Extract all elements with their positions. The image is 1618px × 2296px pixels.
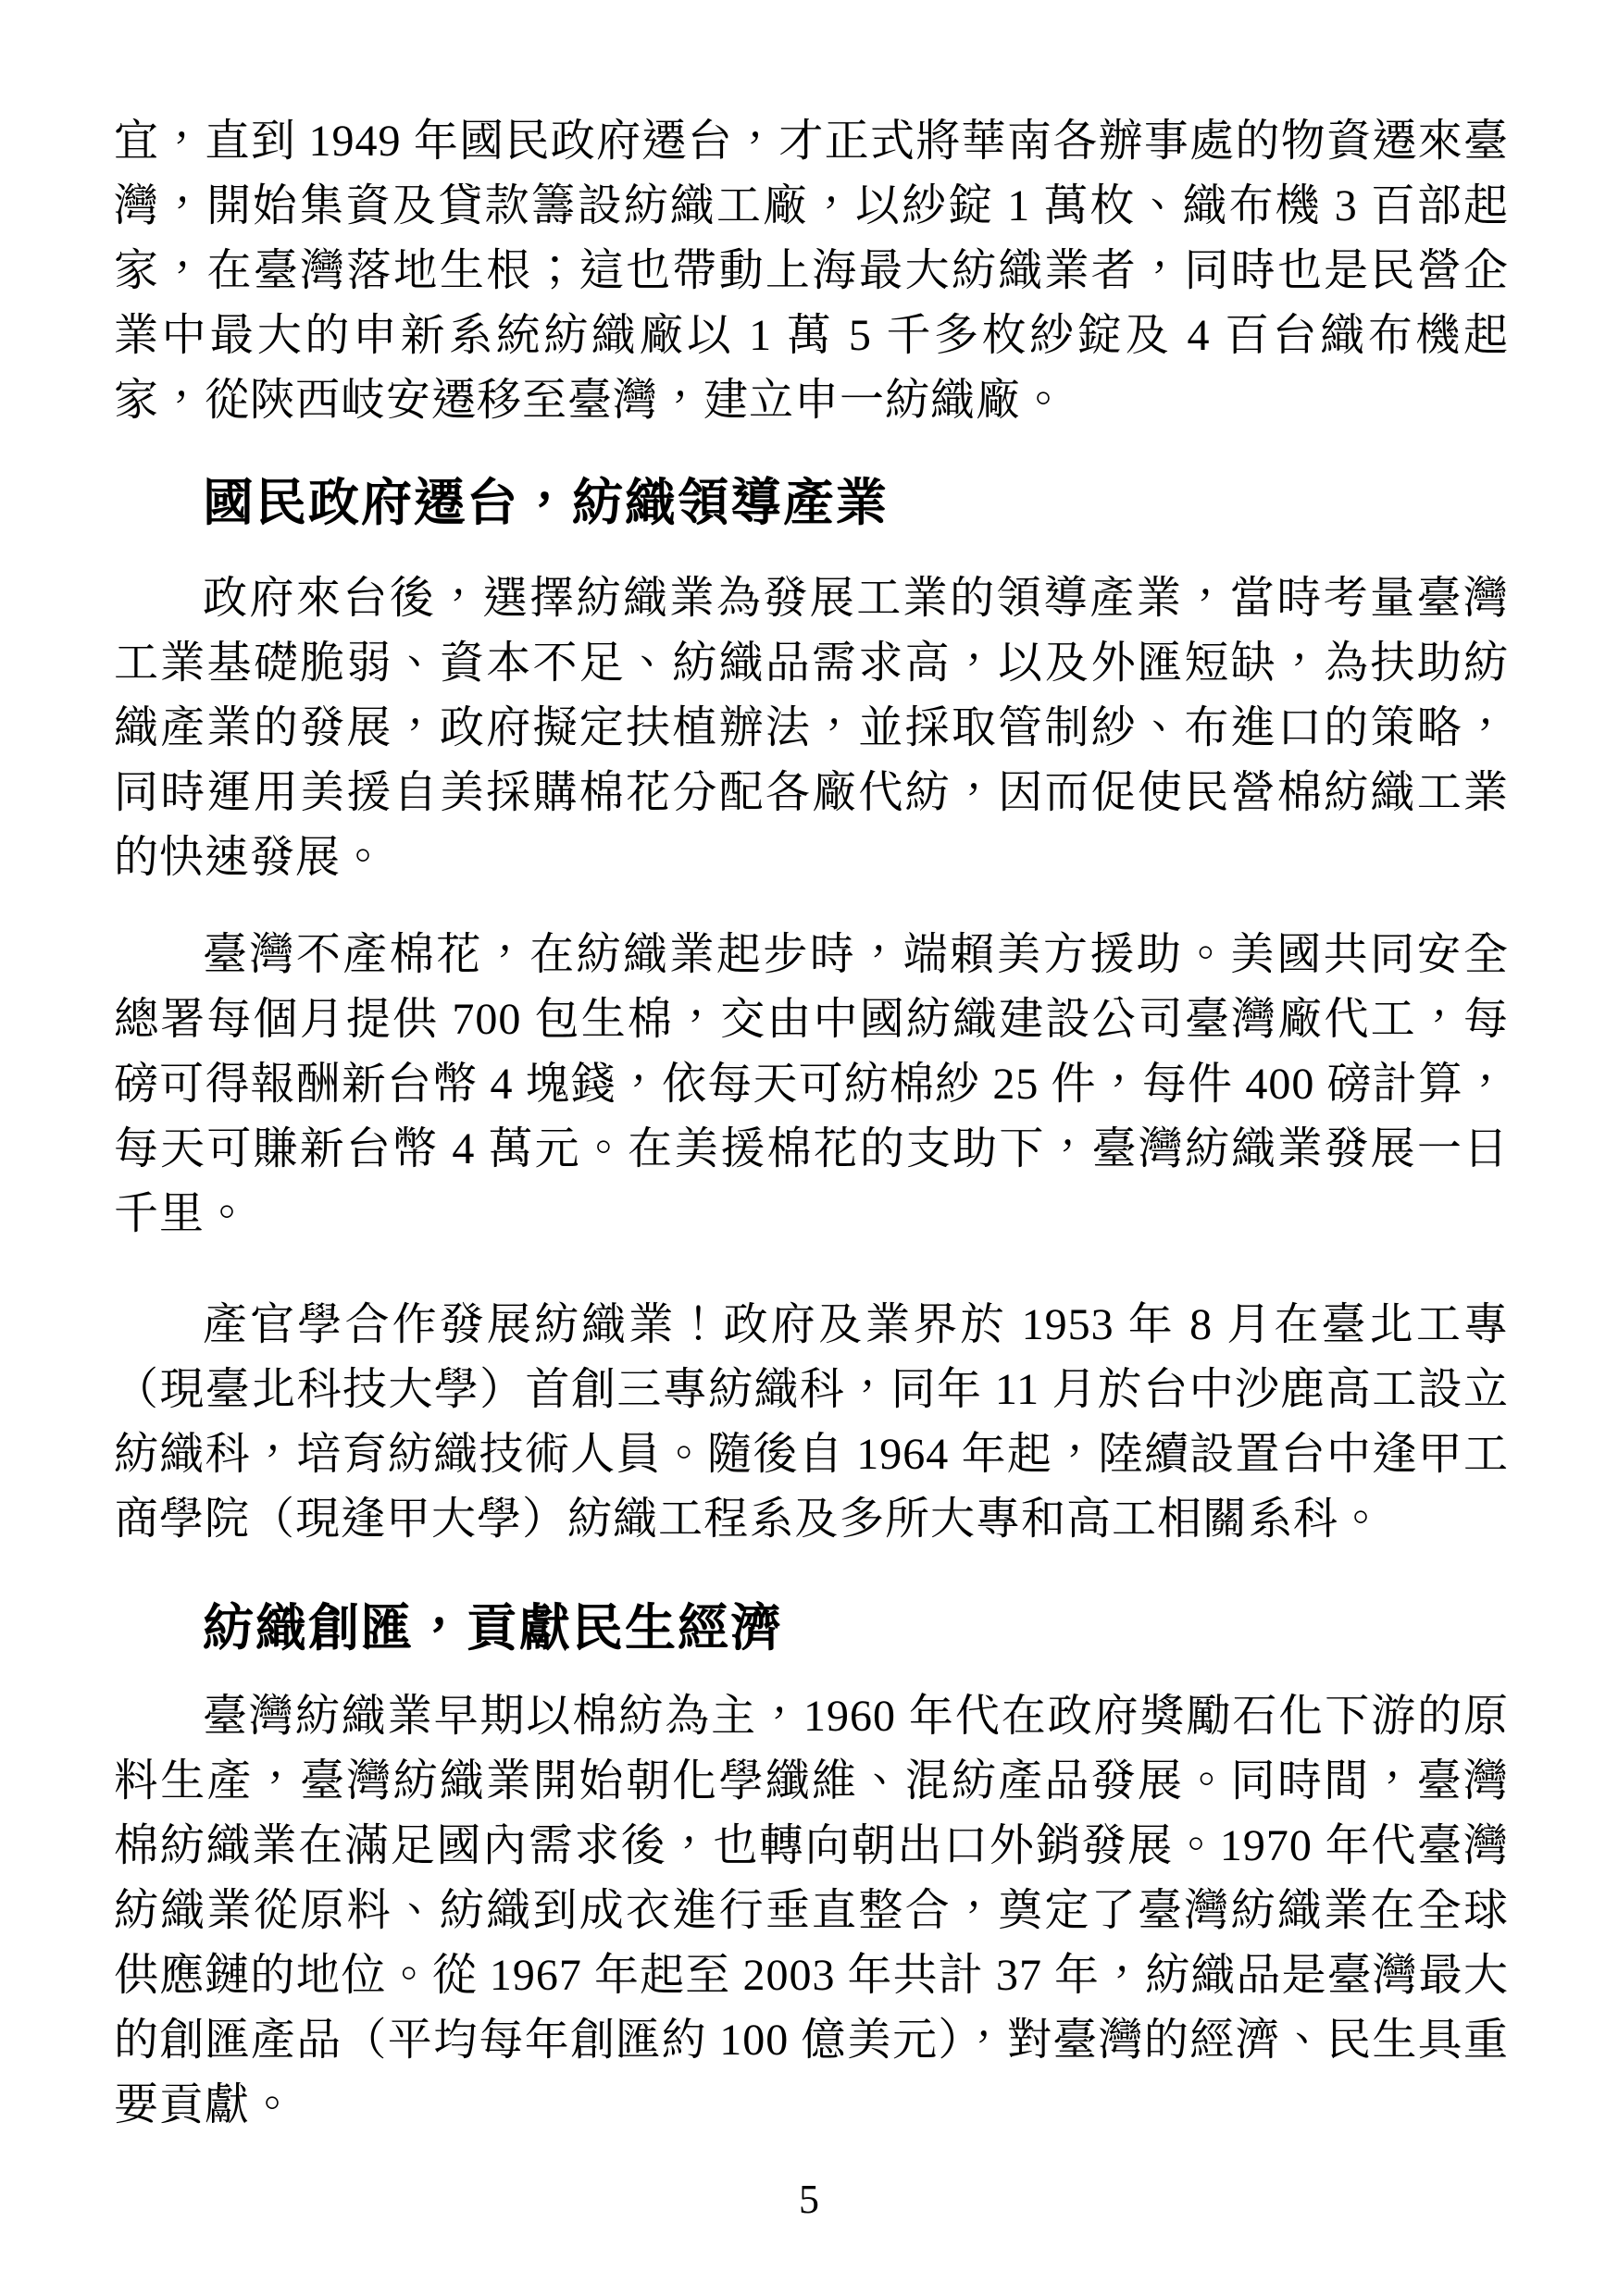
page-number: 5 [0, 2177, 1618, 2223]
section-heading-foreign-exchange: 紡織創匯，貢獻民生經濟 [114, 1592, 1509, 1666]
paragraph-leading-industry: 政府來台後，選擇紡織業為發展工業的領導產業，當時考量臺灣工業基礎脆弱、資本不足、… [114, 566, 1509, 890]
paragraph-export-development: 臺灣紡織業早期以棉紡為主，1960 年代在政府獎勵石化下游的原料生產，臺灣紡織業… [114, 1684, 1509, 2138]
section-heading-government-relocation: 國民政府遷台，紡織領導產業 [114, 466, 1509, 540]
paragraph-continued: 宜，直到 1949 年國民政府遷台，才正式將華南各辦事處的物資遷來臺灣，開始集資… [114, 109, 1509, 433]
page-content: 宜，直到 1949 年國民政府遷台，才正式將華南各辦事處的物資遷來臺灣，開始集資… [0, 0, 1618, 2138]
document-page: 宜，直到 1949 年國民政府遷台，才正式將華南各辦事處的物資遷來臺灣，開始集資… [0, 0, 1618, 2296]
paragraph-us-aid-cotton: 臺灣不產棉花，在紡織業起步時，端賴美方援助。美國共同安全總署每個月提供 700 … [114, 923, 1509, 1247]
paragraph-education-cooperation: 產官學合作發展紡織業！政府及業界於 1953 年 8 月在臺北工專（現臺北科技大… [114, 1293, 1509, 1552]
